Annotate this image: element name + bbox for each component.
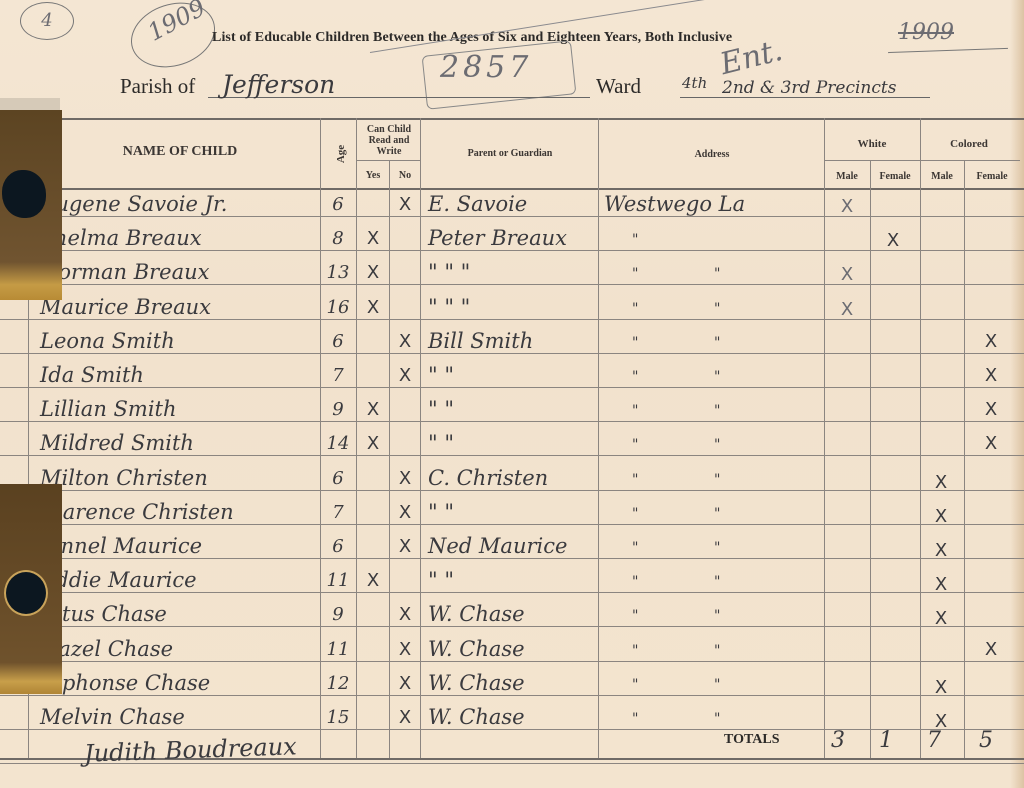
header-parent: Parent or Guardian [422, 148, 598, 159]
colored-male-mark: X [926, 506, 956, 527]
header-colored-male: Male [920, 171, 964, 182]
address-value: " [632, 403, 638, 419]
address-value: " [632, 472, 638, 488]
child-age: 13 [322, 262, 354, 283]
address-value: " [632, 540, 638, 556]
page-number-circle: 4 [20, 2, 74, 40]
rule-line [356, 160, 420, 161]
can-read-no: X [390, 468, 420, 489]
child-name: Eddie Maurice [40, 568, 197, 592]
can-read-no: X [390, 673, 420, 694]
parent-name: C. Christen [428, 466, 548, 490]
child-age: 16 [322, 297, 354, 318]
address-value: " [632, 266, 638, 282]
total-white-female: 1 [866, 728, 906, 753]
column-line [598, 118, 599, 758]
header-address: Address [600, 149, 824, 160]
white-male-mark: X [832, 196, 862, 217]
address-value: " [632, 506, 638, 522]
ward-label: Ward [596, 74, 641, 99]
white-female-mark: X [878, 230, 908, 251]
colored-male-mark: X [926, 540, 956, 561]
child-age: 7 [322, 502, 354, 523]
column-line [356, 118, 357, 758]
header-no: No [389, 170, 421, 181]
parent-name: Bill Smith [428, 329, 533, 353]
address-value: " [632, 643, 638, 659]
punch-hole-top [2, 170, 46, 218]
header-read-write: Can Child Read and Write [358, 124, 420, 157]
colored-female-mark: X [976, 433, 1006, 454]
child-name: Ida Smith [40, 363, 144, 387]
child-age: 11 [322, 570, 354, 591]
column-line [320, 118, 321, 758]
parent-name: W. Chase [428, 671, 525, 695]
address-ditto: " [714, 369, 720, 385]
colored-male-mark: X [926, 574, 956, 595]
column-line [824, 118, 825, 758]
total-colored-female: 5 [966, 728, 1006, 753]
child-name: Mildred Smith [40, 431, 194, 455]
code-number: 2857 [440, 50, 532, 85]
ward-value: 4th [682, 74, 707, 92]
form-title: List of Educable Children Between the Ag… [212, 30, 732, 46]
header-colored-female: Female [964, 171, 1020, 182]
colored-male-mark: X [926, 472, 956, 493]
address-value: " [632, 677, 638, 693]
white-male-mark: X [832, 299, 862, 320]
address-value: " [632, 232, 638, 248]
colored-male-mark: X [926, 677, 956, 698]
child-name: Eugene Savoie Jr. [40, 192, 227, 216]
address-value: Westwego La [604, 192, 745, 216]
address-value: " [632, 574, 638, 590]
total-colored-male: 7 [914, 728, 954, 753]
child-age: 6 [322, 194, 354, 215]
address-ditto: " [714, 335, 720, 351]
child-age: 11 [322, 639, 354, 660]
parent-name: " " [428, 568, 454, 592]
address-ditto: " [714, 437, 720, 453]
parent-name: W. Chase [428, 602, 525, 626]
child-age: 8 [322, 228, 354, 249]
parent-name: Ned Maurice [428, 534, 567, 558]
total-white-male: 3 [818, 728, 858, 753]
address-value: " [632, 335, 638, 351]
header-name: NAME OF CHILD [110, 144, 250, 160]
header-white-female: Female [870, 171, 920, 182]
header-white-male: Male [824, 171, 870, 182]
child-age: 9 [322, 399, 354, 420]
parent-name: " " [428, 363, 454, 387]
child-age: 6 [322, 331, 354, 352]
parent-name: E. Savoie [428, 192, 527, 216]
can-read-no: X [390, 194, 420, 215]
punch-hole-bottom [6, 572, 46, 614]
address-ditto: " [714, 266, 720, 282]
colored-female-mark: X [976, 331, 1006, 352]
address-ditto: " [714, 711, 720, 727]
address-ditto: " [714, 608, 720, 624]
column-line [964, 160, 965, 758]
child-name: Leona Smith [40, 329, 175, 353]
can-read-yes: X [358, 297, 388, 318]
child-name: Milton Christen [40, 466, 208, 490]
address-value: " [632, 301, 638, 317]
year-right: 1909 [898, 20, 954, 45]
child-age: 9 [322, 604, 354, 625]
can-read-no: X [390, 365, 420, 386]
child-age: 15 [322, 707, 354, 728]
precinct-value: 2nd & 3rd Precincts [722, 78, 896, 98]
colored-female-mark: X [976, 639, 1006, 660]
column-line [420, 118, 421, 758]
address-ditto: " [714, 403, 720, 419]
colored-female-mark: X [976, 365, 1006, 386]
child-age: 7 [322, 365, 354, 386]
parent-name: Peter Breaux [428, 226, 567, 250]
colored-female-mark: X [976, 399, 1006, 420]
address-ditto: " [714, 643, 720, 659]
child-age: 6 [322, 536, 354, 557]
child-name: Linnel Maurice [40, 534, 202, 558]
can-read-no: X [390, 536, 420, 557]
header-age: Age [335, 139, 347, 169]
header-yes: Yes [356, 170, 390, 181]
address-ditto: " [714, 540, 720, 556]
address-value: " [632, 369, 638, 385]
parent-name: " " " [428, 295, 470, 319]
parent-name: " " [428, 397, 454, 421]
child-name: Melvin Chase [40, 705, 185, 729]
address-value: " [632, 437, 638, 453]
address-ditto: " [714, 574, 720, 590]
colored-male-mark: X [926, 608, 956, 629]
parish-value: Jefferson [222, 70, 335, 99]
header-colored: Colored [920, 138, 1018, 150]
address-ditto: " [714, 301, 720, 317]
parent-name: W. Chase [428, 637, 525, 661]
child-name: Lillian Smith [40, 397, 177, 421]
can-read-yes: X [358, 433, 388, 454]
child-name: Clarence Christen [40, 500, 234, 524]
can-read-yes: X [358, 570, 388, 591]
column-line [870, 160, 871, 758]
rule-line [824, 160, 1020, 161]
child-name: Maurice Breaux [40, 295, 211, 319]
child-age: 6 [322, 468, 354, 489]
can-read-yes: X [358, 228, 388, 249]
can-read-yes: X [358, 262, 388, 283]
parent-name: " " [428, 500, 454, 524]
can-read-no: X [390, 639, 420, 660]
address-value: " [632, 608, 638, 624]
parent-name: " " [428, 431, 454, 455]
child-name: Thelma Breaux [40, 226, 202, 250]
child-age: 12 [322, 673, 354, 694]
rule-line [0, 118, 1024, 120]
parish-label: Parish of [120, 74, 195, 99]
address-ditto: " [714, 506, 720, 522]
child-name: Alphonse Chase [40, 671, 210, 695]
can-read-no: X [390, 707, 420, 728]
child-name: Norman Breaux [40, 260, 209, 284]
can-read-no: X [390, 502, 420, 523]
address-ditto: " [714, 472, 720, 488]
column-line [920, 118, 921, 758]
white-male-mark: X [832, 264, 862, 285]
child-age: 14 [322, 433, 354, 454]
address-ditto: " [714, 677, 720, 693]
column-line [389, 160, 390, 758]
parent-name: W. Chase [428, 705, 525, 729]
can-read-yes: X [358, 399, 388, 420]
address-value: " [632, 711, 638, 727]
parent-name: " " " [428, 260, 470, 284]
can-read-no: X [390, 604, 420, 625]
header-white: White [824, 138, 920, 150]
page-number: 4 [41, 10, 52, 31]
totals-label: TOTALS [724, 732, 780, 748]
can-read-no: X [390, 331, 420, 352]
